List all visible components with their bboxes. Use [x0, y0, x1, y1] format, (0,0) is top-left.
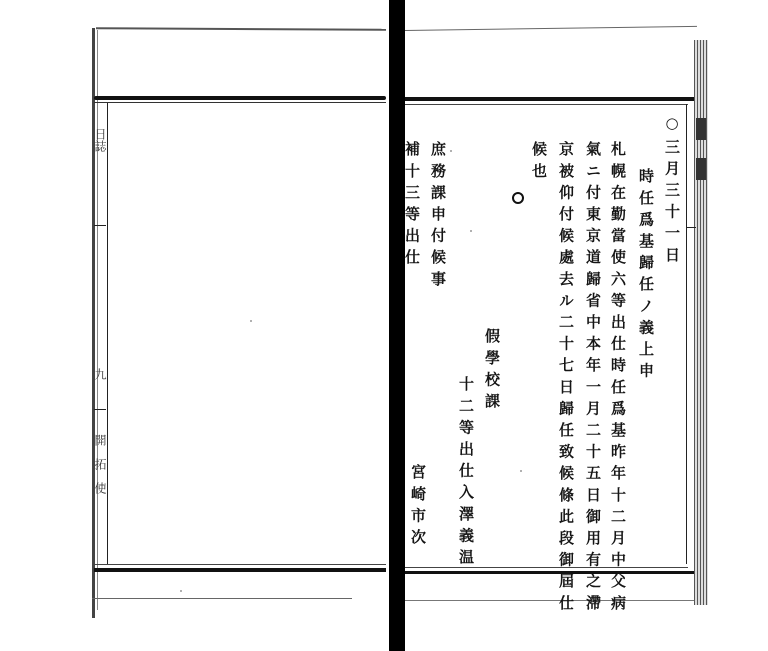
- right-page-top-edge: [405, 26, 697, 31]
- text-line: 京被仰付候處去ル二十七日歸任致候條此段御屆仕: [556, 141, 576, 616]
- section-marker: [512, 192, 524, 204]
- left-page-frame-line: [107, 103, 108, 565]
- margin-title: 日誌: [93, 128, 107, 152]
- department-label: 假學校課: [482, 328, 502, 414]
- margin-publisher: 開拓使: [93, 434, 107, 506]
- left-page-top-rule-thin: [94, 102, 386, 103]
- scan-speck: [470, 230, 472, 232]
- stack-edge-mark: [696, 118, 706, 140]
- right-page-frame-line: [686, 104, 687, 564]
- page-number: 九: [93, 368, 107, 380]
- text-line: 札幌在勤當使六等出仕時任爲基昨年十二月中父病: [608, 141, 628, 616]
- left-page-top-edge: [96, 27, 386, 31]
- left-page-bottom-edge: [92, 598, 352, 599]
- margin-divider: [94, 225, 106, 226]
- scan-speck: [180, 590, 182, 592]
- scan-speck: [250, 320, 252, 322]
- right-page-bottom-edge: [405, 600, 695, 601]
- left-page-bottom-rule-thin: [94, 564, 386, 565]
- stack-edge-mark: [696, 158, 706, 180]
- right-page-top-rule-thin: [405, 104, 688, 105]
- left-page-top-rule: [94, 96, 386, 100]
- scan-speck: [520, 470, 522, 472]
- left-page-bottom-rule: [94, 568, 386, 572]
- scan-speck: [450, 150, 452, 152]
- appointment-name: 宮崎市次: [408, 464, 428, 550]
- right-page-bottom-rule: [405, 571, 705, 574]
- margin-divider: [94, 409, 106, 410]
- right-page-bottom-rule-thin: [405, 567, 688, 568]
- text-line: 氣ニ付東京道歸省中本年一月二十五日御用有之滯: [583, 141, 603, 616]
- text-line: 補十三等出仕: [402, 141, 422, 271]
- book-gutter: [389, 0, 405, 651]
- text-line: 候也: [529, 141, 549, 184]
- right-page-top-rule: [405, 97, 705, 101]
- left-page-outer-border: [92, 28, 95, 618]
- left-page-outer-border-inner: [97, 30, 98, 610]
- text-line: 庶務課申付候事: [428, 141, 448, 292]
- text-line: 時任爲基歸任ノ義上申: [636, 168, 656, 384]
- appointment-name: 十二等出仕入澤義温: [456, 376, 476, 570]
- entry-date-heading: ○三月三十一日: [662, 114, 682, 268]
- margin-divider: [686, 227, 696, 228]
